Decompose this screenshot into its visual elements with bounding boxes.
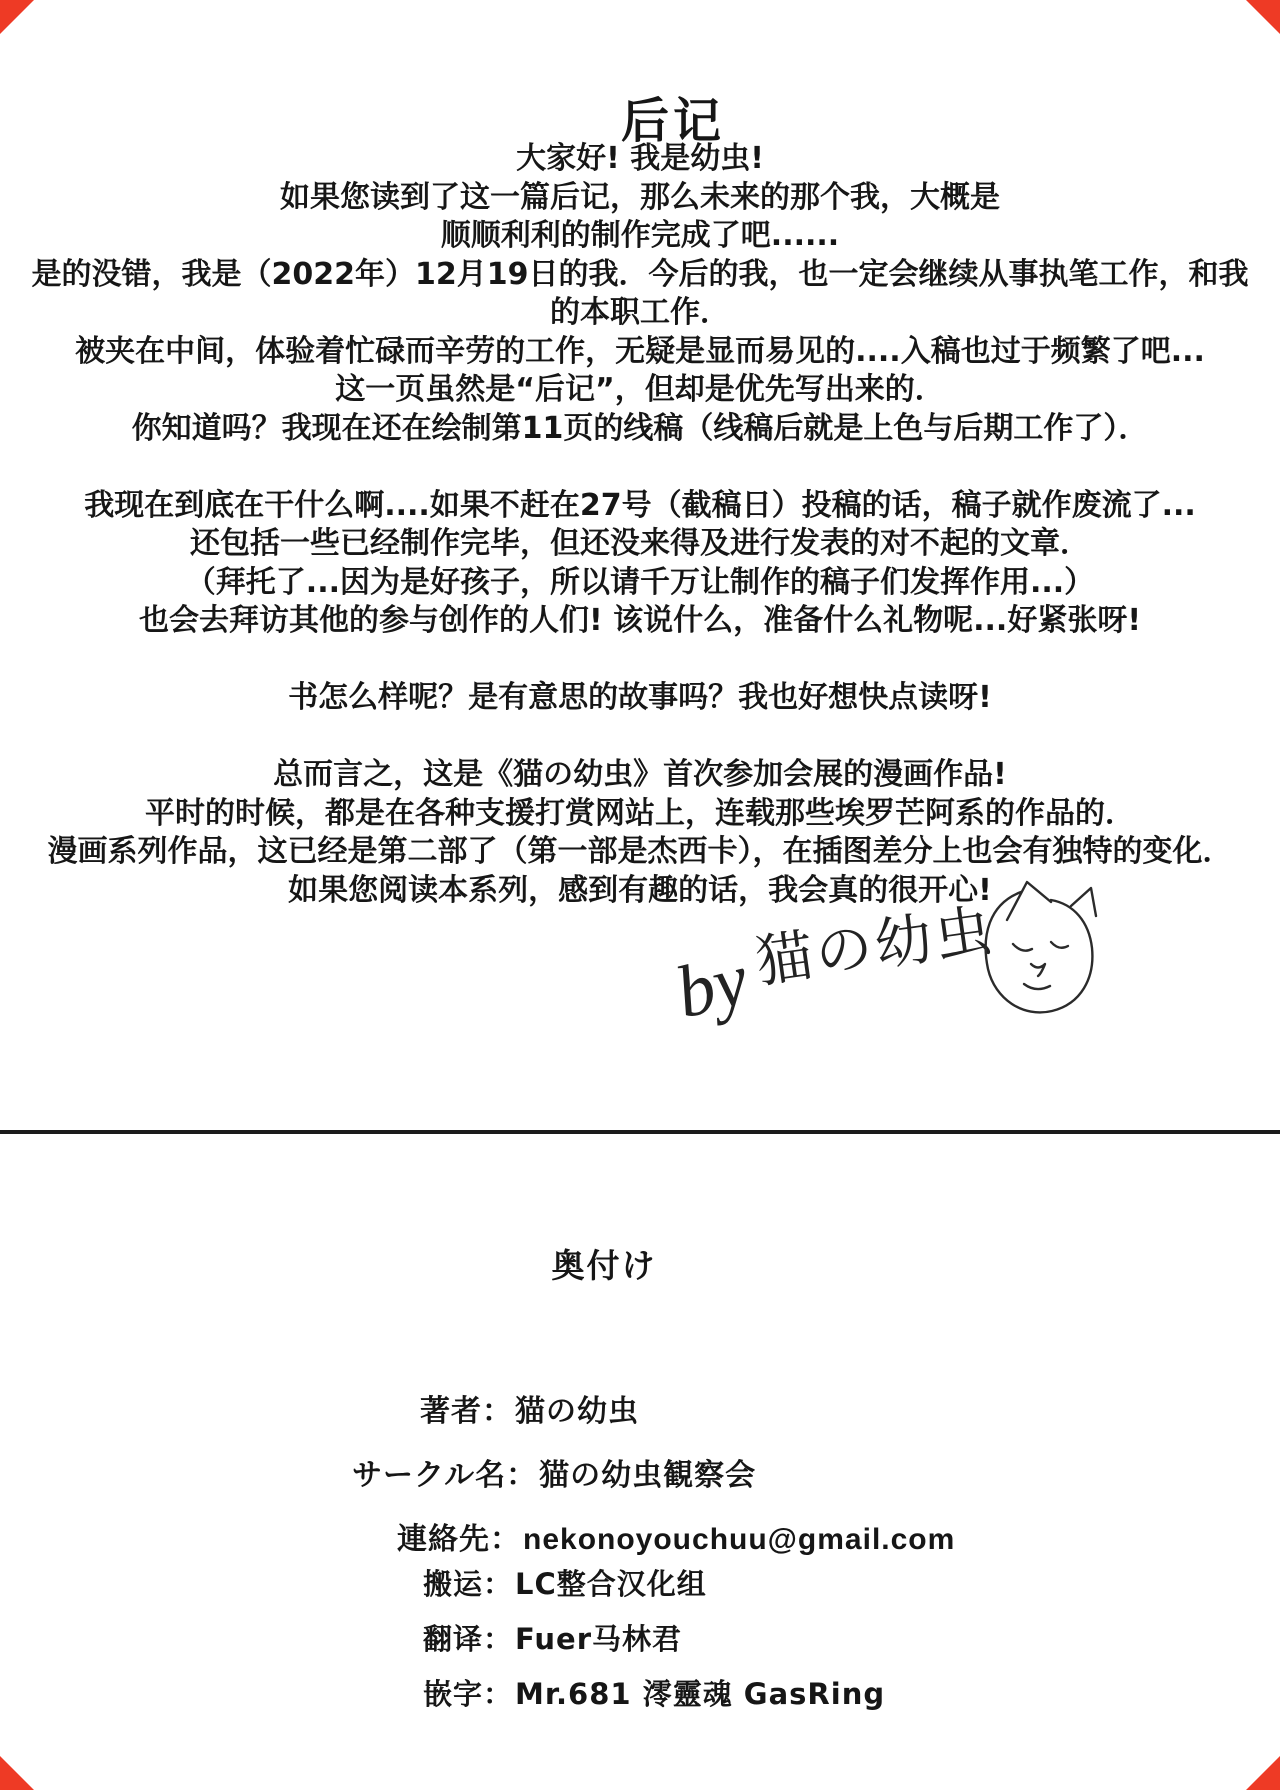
author-signature: by 猫の幼虫 (655, 872, 1110, 1077)
afterword-line: 的本职工作． (0, 294, 1280, 333)
afterword-line: 还包括一些已经制作完毕，但还没来得及进行发表的对不起的文章． (0, 525, 1280, 564)
corner-marker-top-left (0, 0, 34, 34)
afterword-line: 被夹在中间，体验着忙碌而辛劳的工作，无疑是显而易见的....入稿也过于频繁了吧.… (0, 333, 1280, 372)
afterword-page: 后记 大家好! 我是幼虫! 如果您读到了这一篇后记，那么未来的那个我，大概是 顺… (0, 0, 1280, 1790)
credit-typesetters: 嵌字：Mr.681 澪靈魂 GasRing (423, 1672, 885, 1713)
cat-doodle (986, 882, 1096, 1012)
credit-value: 猫の幼虫 (515, 1395, 639, 1428)
credit-value: 猫の幼虫観察会 (539, 1459, 756, 1492)
credit-label: 嵌字： (423, 1677, 513, 1711)
signature-by-text: by (668, 938, 756, 1034)
credit-label: 搬运： (423, 1567, 513, 1601)
credit-author: 著者：猫の幼虫 (420, 1386, 639, 1430)
afterword-line-blank (0, 718, 1280, 757)
afterword-line: （拜托了...因为是好孩子，所以请千万让制作的稿子们发挥作用...） (0, 564, 1280, 603)
afterword-line: 这一页虽然是“后记”，但却是优先写出来的． (0, 371, 1280, 410)
credit-circle-name: サークル名：猫の幼虫観察会 (352, 1450, 756, 1494)
credit-value: Fuer马林君 (515, 1622, 682, 1656)
credit-value: LC整合汉化组 (515, 1567, 707, 1601)
afterword-line: 是的没错，我是（2022年）12月19日的我．今后的我，也一定会继续从事执笔工作… (0, 256, 1280, 295)
afterword-line: 平时的时候，都是在各种支援打赏网站上，连载那些埃罗芒阿系的作品的． (0, 795, 1280, 834)
corner-marker-bottom-right (1246, 1756, 1280, 1790)
colophon-heading: 奥付け (552, 1240, 657, 1287)
credit-label: 翻译： (423, 1622, 513, 1656)
credit-label: 連絡先： (397, 1523, 521, 1556)
afterword-line: 也会去拜访其他的参与创作的人们! 该说什么，准备什么礼物呢...好紧张呀! (0, 602, 1280, 641)
afterword-line: 大家好! 我是幼虫! (0, 140, 1280, 179)
afterword-line: 书怎么样呢？是有意思的故事吗？我也好想快点读呀! (0, 679, 1280, 718)
section-divider (0, 1130, 1280, 1134)
credit-value: Mr.681 澪靈魂 GasRing (515, 1677, 885, 1711)
afterword-line: 总而言之，这是《猫の幼虫》首次参加会展的漫画作品! (0, 756, 1280, 795)
corner-marker-bottom-left (0, 1756, 34, 1790)
credit-label: 著者： (420, 1395, 513, 1428)
credit-translator: 翻译：Fuer马林君 (423, 1617, 682, 1658)
afterword-line: 漫画系列作品，这已经是第二部了（第一部是杰西卡），在插图差分上也会有独特的变化． (0, 833, 1280, 872)
credit-label: サークル名： (352, 1459, 537, 1492)
afterword-body: 大家好! 我是幼虫! 如果您读到了这一篇后记，那么未来的那个我，大概是 顺顺利利… (0, 140, 1280, 910)
corner-marker-top-right (1246, 0, 1280, 34)
afterword-line: 你知道吗？我现在还在绘制第11页的线稿（线稿后就是上色与后期工作了）． (0, 410, 1280, 449)
afterword-line: 我现在到底在干什么啊....如果不赶在27号（截稿日）投稿的话，稿子就作废流了.… (0, 487, 1280, 526)
afterword-line: 如果您读到了这一篇后记，那么未来的那个我，大概是 (0, 179, 1280, 218)
credit-value: nekonoyouchuu@gmail.com (523, 1523, 955, 1556)
afterword-line: 顺顺利利的制作完成了吧...... (0, 217, 1280, 256)
credit-contact-email: 連絡先：nekonoyouchuu@gmail.com (397, 1514, 955, 1558)
afterword-line-blank (0, 641, 1280, 680)
afterword-line-blank (0, 448, 1280, 487)
signature-name-text: 猫の幼虫 (752, 897, 999, 996)
credit-repost-group: 搬运：LC整合汉化组 (423, 1562, 707, 1603)
